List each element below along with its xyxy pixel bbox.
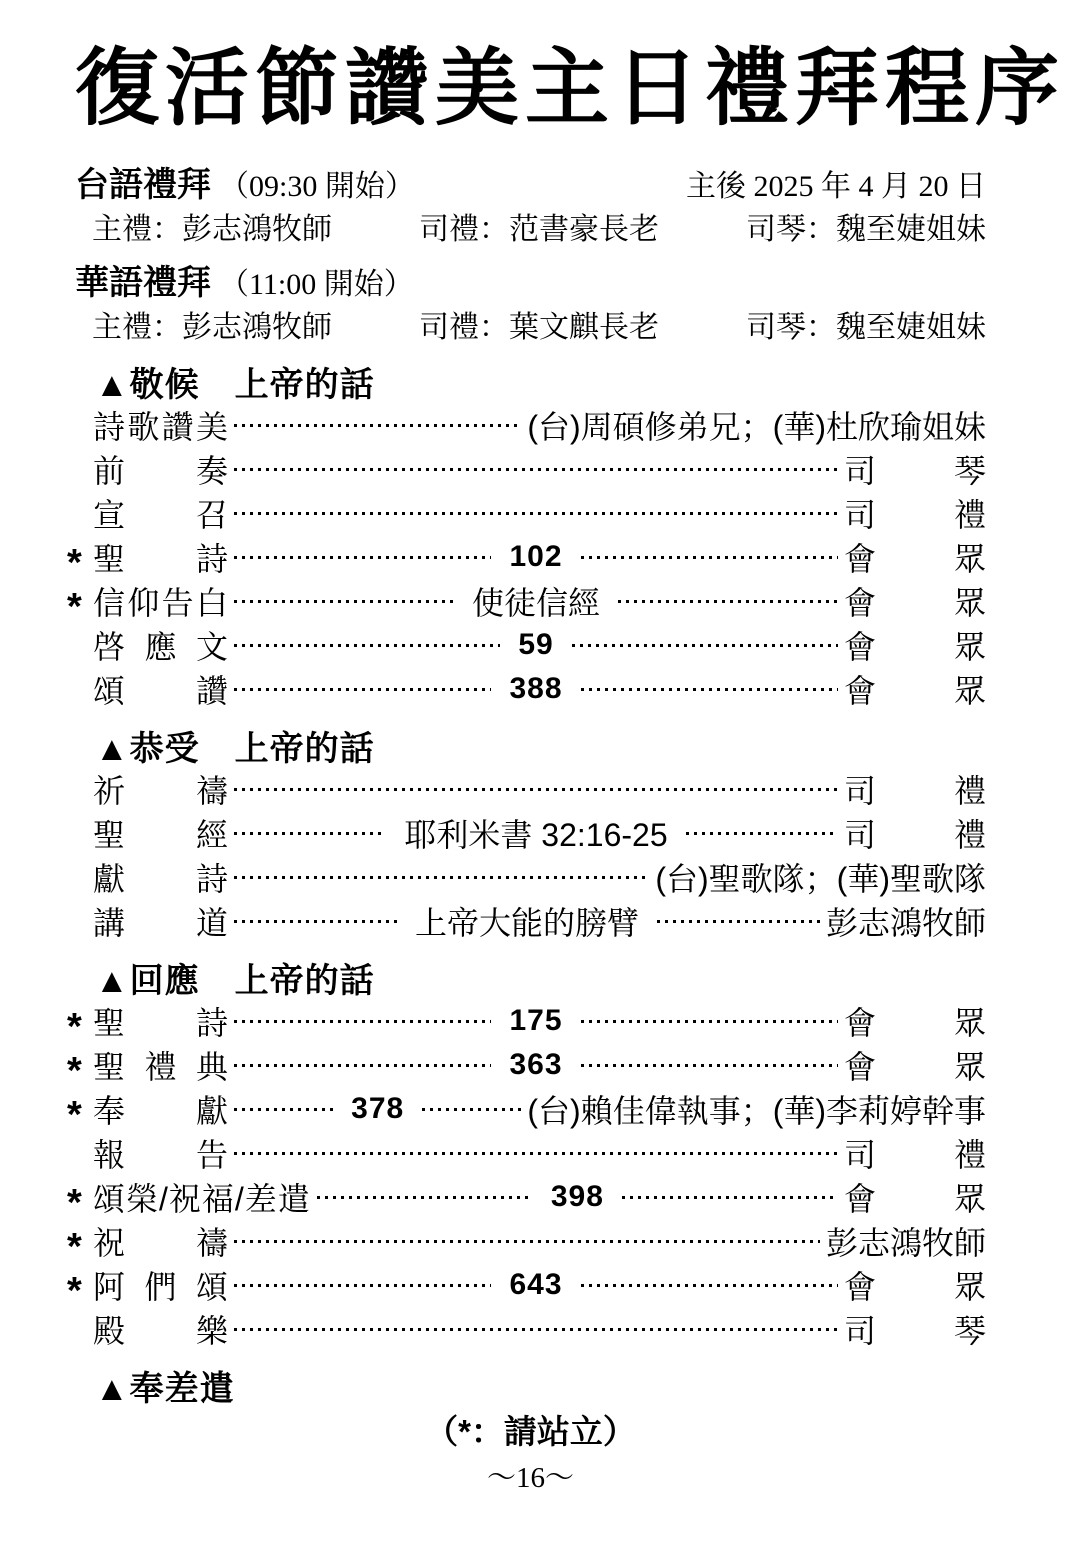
role-liturgist: 司禮：葉文麒長老	[419, 302, 659, 346]
item-label: 頌榮/祝福/差遣	[93, 1174, 311, 1220]
item-performer: (台)周碩修弟兄；(華)杜欣瑜姐妹	[527, 402, 986, 448]
item-performer: 會眾	[844, 578, 986, 624]
dotted-leader	[234, 452, 838, 486]
item-performer: 會眾	[844, 1174, 986, 1220]
dotted-leader	[686, 816, 838, 850]
dotted-leader	[234, 904, 397, 938]
service-time: （09:30 開始）	[219, 161, 415, 205]
item-performer: 會眾	[844, 622, 986, 668]
program-item: 啓應文 59 會眾	[67, 623, 986, 667]
dotted-leader	[234, 816, 386, 850]
dotted-leader	[234, 1224, 820, 1258]
dotted-leader	[581, 540, 838, 574]
dotted-leader	[234, 1268, 491, 1302]
dotted-leader	[234, 584, 454, 618]
item-performer: 司禮	[844, 1130, 986, 1176]
dotted-leader	[234, 540, 491, 574]
item-performer: 司禮	[844, 490, 986, 536]
item-performer: 會眾	[844, 998, 986, 1044]
dotted-leader	[581, 1004, 838, 1038]
dotted-leader	[317, 1180, 533, 1214]
program-item: * 聖禮典 363 會眾	[67, 1043, 986, 1087]
item-performer: (台)賴佳偉執事；(華)李莉婷幹事	[527, 1086, 986, 1132]
page-title: 復活節讚美主日禮拜程序	[75, 36, 986, 141]
item-detail: 使徒信經	[472, 578, 600, 624]
page-number: ～16～	[75, 1455, 986, 1496]
item-performer: 會眾	[844, 534, 986, 580]
scripture-reference: 耶利米書 32:16-25	[404, 810, 667, 856]
item-label: 聖經	[93, 810, 228, 856]
role-pianist: 司琴：魏至婕姐妹	[746, 302, 986, 346]
service-time: （11:00 開始）	[219, 259, 414, 303]
dotted-leader	[581, 672, 838, 706]
section-header-awaiting: ▲敬候 上帝的話	[95, 359, 986, 403]
hymn-number: 378	[351, 1092, 404, 1126]
item-performer: 會眾	[844, 666, 986, 712]
item-label: 前奏	[93, 446, 228, 492]
program-item: 頌讚 388 會眾	[67, 667, 986, 711]
item-performer: 會眾	[844, 1042, 986, 1088]
service-name: 華語禮拜	[75, 255, 211, 304]
item-performer: 司琴	[844, 446, 986, 492]
program-item: 詩歌讚美 (台)周碩修弟兄；(華)杜欣瑜姐妹	[67, 403, 986, 447]
hymn-number: 643	[509, 1268, 562, 1302]
item-label: 頌讚	[93, 666, 228, 712]
dotted-leader	[234, 408, 521, 442]
program-item: 獻詩 (台)聖歌隊；(華)聖歌隊	[67, 855, 986, 899]
dotted-leader	[581, 1268, 838, 1302]
dotted-leader	[234, 672, 491, 706]
dotted-leader	[234, 1136, 838, 1170]
program-item: 前奏 司琴	[67, 447, 986, 491]
program-item: 祈禱 司禮	[67, 767, 986, 811]
stand-note: （*：請站立）	[75, 1407, 986, 1451]
item-performer: 司禮	[844, 810, 986, 856]
program-item: * 聖詩 175 會眾	[67, 999, 986, 1043]
item-performer: 司禮	[844, 766, 986, 812]
service-roles-mandarin: 主禮：彭志鴻牧師 司禮：葉文麒長老 司琴：魏至婕姐妹	[75, 301, 986, 347]
dotted-leader	[234, 1004, 491, 1038]
item-performer: 會眾	[844, 1262, 986, 1308]
program-item: 殿樂 司琴	[67, 1307, 986, 1351]
worship-program-page: 復活節讚美主日禮拜程序 台語禮拜 （09:30 開始） 主後 2025 年 4 …	[0, 0, 1074, 1550]
item-performer: 司琴	[844, 1306, 986, 1352]
program-item: 宣召 司禮	[67, 491, 986, 535]
hymn-number: 59	[518, 628, 553, 662]
item-label: 殿樂	[93, 1306, 228, 1352]
dotted-leader	[234, 1048, 491, 1082]
program-item: * 祝禱 彭志鴻牧師	[67, 1219, 986, 1263]
item-label: 信仰告白	[93, 578, 228, 624]
role-pianist: 司琴：魏至婕姐妹	[746, 204, 986, 248]
item-label: 報告	[93, 1130, 228, 1176]
role-presider: 主禮：彭志鴻牧師	[92, 204, 332, 248]
item-label: 祝禱	[93, 1218, 228, 1264]
section-header-receiving: ▲恭受 上帝的話	[95, 723, 986, 767]
service-header-taiwanese: 台語禮拜 （09:30 開始） 主後 2025 年 4 月 20 日	[75, 157, 986, 203]
dotted-leader	[234, 496, 838, 530]
program-item: * 頌榮/祝福/差遣 398 會眾	[67, 1175, 986, 1219]
dotted-leader	[581, 1048, 838, 1082]
hymn-number: 388	[509, 672, 562, 706]
item-label: 聖詩	[93, 998, 228, 1044]
dotted-leader	[234, 1092, 333, 1126]
dotted-leader	[618, 584, 838, 618]
dotted-leader	[422, 1092, 521, 1126]
item-label: 啓應文	[93, 622, 228, 668]
service-roles-taiwanese: 主禮：彭志鴻牧師 司禮：范書豪長老 司琴：魏至婕姐妹	[75, 203, 986, 249]
item-label: 聖詩	[93, 534, 228, 580]
item-performer: 彭志鴻牧師	[826, 898, 986, 944]
section-header-sending: ▲奉差遣	[95, 1363, 986, 1407]
program-item: * 阿們頌 643 會眾	[67, 1263, 986, 1307]
dotted-leader	[622, 1180, 838, 1214]
dotted-leader	[572, 628, 838, 662]
item-performer: (台)聖歌隊；(華)聖歌隊	[655, 854, 986, 900]
sermon-title: 上帝大能的膀臂	[415, 898, 639, 944]
section-header-responding: ▲回應 上帝的話	[95, 955, 986, 999]
program-item: * 聖詩 102 會眾	[67, 535, 986, 579]
item-label: 奉獻	[93, 1086, 228, 1132]
dotted-leader	[234, 1312, 838, 1346]
program-item: 聖經 耶利米書 32:16-25 司禮	[67, 811, 986, 855]
hymn-number: 363	[509, 1048, 562, 1082]
hymn-number: 102	[509, 540, 562, 574]
item-performer: 彭志鴻牧師	[826, 1218, 986, 1264]
dotted-leader	[234, 860, 649, 894]
program-item: * 信仰告白 使徒信經 會眾	[67, 579, 986, 623]
item-label: 講道	[93, 898, 228, 944]
item-label: 獻詩	[93, 854, 228, 900]
service-date: 主後 2025 年 4 月 20 日	[686, 161, 986, 205]
service-name: 台語禮拜	[75, 157, 211, 206]
role-liturgist: 司禮：范書豪長老	[419, 204, 659, 248]
program-item: 報告 司禮	[67, 1131, 986, 1175]
dotted-leader	[234, 628, 500, 662]
program-sections: ▲敬候 上帝的話 詩歌讚美 (台)周碩修弟兄；(華)杜欣瑜姐妹 前奏 司琴 宣召…	[67, 359, 986, 1407]
hymn-number: 175	[509, 1004, 562, 1038]
program-item: 講道 上帝大能的膀臂 彭志鴻牧師	[67, 899, 986, 943]
dotted-leader	[657, 904, 820, 938]
service-header-mandarin: 華語禮拜 （11:00 開始）	[75, 255, 986, 301]
role-presider: 主禮：彭志鴻牧師	[92, 302, 332, 346]
item-label: 宣召	[93, 490, 228, 536]
item-label: 祈禱	[93, 766, 228, 812]
program-item: * 奉獻 378 (台)賴佳偉執事；(華)李莉婷幹事	[67, 1087, 986, 1131]
hymn-number: 398	[551, 1180, 604, 1214]
item-label: 詩歌讚美	[93, 402, 228, 448]
dotted-leader	[234, 772, 838, 806]
item-label: 聖禮典	[93, 1042, 228, 1088]
item-label: 阿們頌	[93, 1262, 228, 1308]
